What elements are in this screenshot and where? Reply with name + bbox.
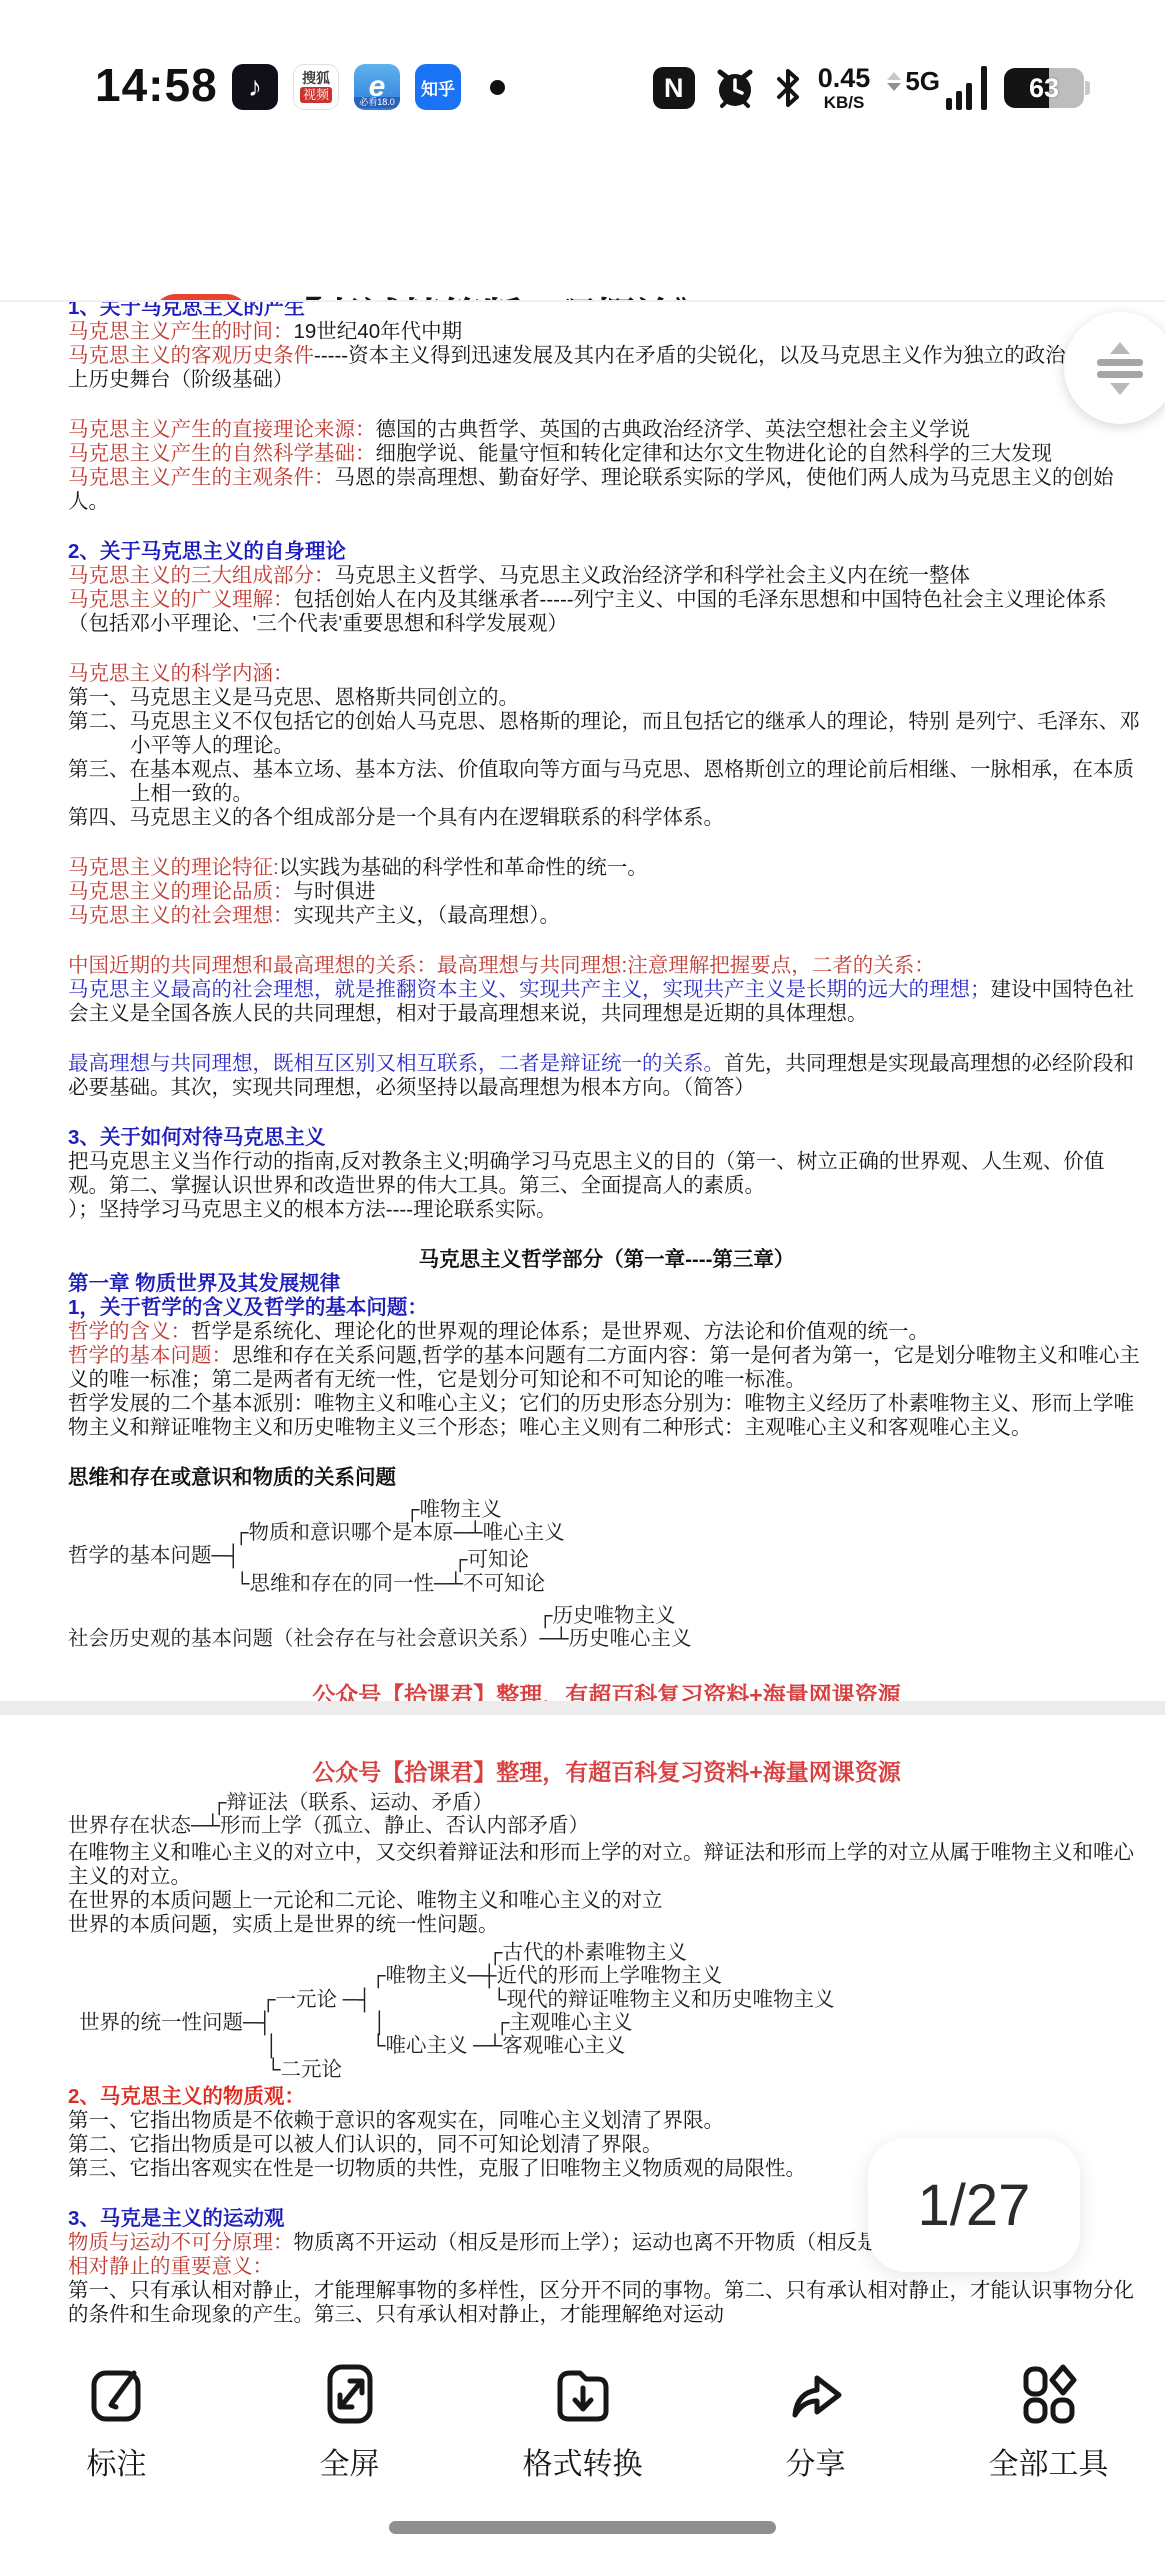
doc-line: 2、马克思主义的物质观： — [68, 2085, 1145, 2109]
tree-node-label: ┌古代的朴素唯物主义 — [488, 1941, 687, 1964]
tree-node-label: ┌唯物主义 — [405, 1498, 502, 1521]
doc-line: 马克思主义产生的直接理论来源：德国的古典哲学、英国的古典政治经济学、英法空想社会… — [68, 418, 1145, 442]
fast-scroll-handle[interactable] — [1064, 312, 1165, 424]
tree-node-label: └唯心主义 ─┴客观唯心主义 — [371, 2034, 625, 2057]
page1-paragraphs: 1、关于马克思主义的产生马克思主义产生的时间：19世纪40年代中期马克思主义的客… — [68, 302, 1145, 1490]
world-state-tree: ┌辩证法（联系、运动、矛盾）世界存在状态─┴形而上学（孤立、静止、否认内部矛盾） — [68, 1791, 1145, 1841]
fullscreen-icon — [317, 2361, 383, 2427]
tree-node-label: 世界的统一性问题─┤ — [79, 2011, 272, 2034]
signal-bars-icon — [946, 66, 987, 110]
doc-line: 马克思主义产生的自然科学基础：细胞学说、能量守恒和转化定律和达尔文生物进化论的自… — [68, 442, 1145, 466]
doc-line: 马克思主义哲学部分（第一章----第三章） — [68, 1248, 1145, 1272]
doc-line: 马克思主义产生的主观条件：马恩的崇高理想、勤奋好学、理论联系实际的学风，使他们两… — [68, 466, 1145, 514]
sohu-video-app-icon: 搜狐 视频 — [293, 64, 339, 110]
doc-line: 在唯物主义和唯心主义的对立中，又交织着辩证法和形而上学的对立。辩证法和形而上学的… — [68, 1841, 1145, 1889]
doc-line: 第四、马克思主义的各个组成部分是一个具有内在逻辑联系的科学体系。 — [68, 806, 1145, 830]
nfc-icon: N — [653, 67, 695, 109]
status-right-cluster: N 0.45 KB/S 5G 63 — [653, 60, 1084, 116]
video-label: 视频 — [300, 87, 332, 103]
toolbar-label: 标注 — [87, 2439, 147, 2483]
lead-text: 马克思主义产生的主观条件： — [68, 466, 335, 489]
doc-line: 中国近期的共同理想和最高理想的关系：最高理想与共同理想:注意理解把握要点，二者的… — [68, 954, 1145, 978]
music-note-icon: ♪ — [248, 71, 262, 103]
network-indicator: 5G — [887, 66, 987, 110]
doc-line: ）；坚持学习马克思主义的根本方法----理论联系实际。 — [68, 1198, 1145, 1222]
share-arrow-icon — [783, 2361, 849, 2427]
lead-text: 马克思主义产生的自然科学基础： — [68, 442, 376, 465]
doc-line: 马克思主义的客观历史条件-----资本主义得到迅速发展及其内在矛盾的尖锐化，以及… — [68, 344, 1145, 392]
lead-text: 马克思主义最高的社会理想，就是推翻资本主义、实现共产主义，实现共产主义是长期的远… — [68, 978, 991, 1001]
tree-node-label: ┌辩证法（联系、运动、矛盾） — [212, 1791, 493, 1814]
world-unity-tree: ┌古代的朴素唯物主义┌唯物主义─┼近代的形而上学唯物主义┌一元论 ─┤└现代的辩… — [68, 1941, 1145, 2085]
lead-text: 最高理想与共同理想，既相互区别又相互联系，二者是辩证统一的关系。 — [68, 1052, 724, 1075]
lead-text: 马克思主义的三大组成部分： — [68, 564, 335, 587]
doc-line: 第一、只有承认相对静止，才能理解事物的多样性，区分开不同的事物。第二、只有承认相… — [68, 2279, 1145, 2327]
page-indicator-text: 1/27 — [918, 2172, 1031, 2239]
header: 【考试精简版...理概论》.pdf 添加标签 2 — [0, 130, 1165, 300]
page2-paragraphs-a: 在唯物主义和唯心主义的对立中，又交织着辩证法和形而上学的对立。辩证法和形而上学的… — [68, 1841, 1145, 1937]
doc-line: 最高理想与共同理想，既相互区别又相互联系，二者是辩证统一的关系。首先，共同理想是… — [68, 1052, 1145, 1100]
toolbar-label: 全部工具 — [989, 2439, 1109, 2483]
doc-line: 哲学的基本问题：思维和存在关系问题,哲学的基本问题有二方面内容：第一是何者为第一… — [68, 1344, 1145, 1392]
doc-line: 马克思主义的理论品质：与时俱进 — [68, 880, 1145, 904]
annotate-pencil-icon — [84, 2361, 150, 2427]
doc-line: 哲学的含义：哲学是系统化、理论化的世界观的理论体系；是世界观、方法论和价值观的统… — [68, 1320, 1145, 1344]
philosophy-basic-question-tree: ┌唯物主义┌物质和意识哪个是本原─┴唯心主义哲学的基本问题─┤┌可知论└思维和存… — [68, 1498, 1145, 1656]
tree-node-label: 哲学的基本问题─┤ — [68, 1544, 241, 1567]
page-separator — [0, 1701, 1165, 1715]
network-speed: 0.45 KB/S — [818, 65, 871, 111]
doc-line: 思维和存在或意识和物质的关系问题 — [68, 1466, 1145, 1490]
scroll-up-arrow-icon — [1110, 342, 1130, 354]
doc-line: 3、关于如何对待马克思主义 — [68, 1126, 1145, 1150]
e-browser-app-icon: e必看18.0 — [354, 64, 400, 110]
battery-icon: 63 — [1004, 68, 1084, 108]
zhihu-app-icon: 知乎 — [415, 64, 461, 110]
convert-download-icon — [550, 2361, 616, 2427]
doc-line: 第二、马克思主义不仅包括它的创始人马克思、恩格斯的理论，而且包括它的继承人的理论… — [68, 710, 1145, 758]
tree-node-label: ┌历史唯物主义 — [538, 1604, 676, 1627]
doc-line: 第一章 物质世界及其发展规律 — [68, 1272, 1145, 1296]
tree-node-label: ┌一元论 ─┤ — [261, 1988, 372, 2011]
scroll-grip-bar — [1097, 359, 1143, 366]
speed-value: 0.45 — [818, 65, 871, 92]
page-indicator-badge: 1/27 — [868, 2138, 1080, 2272]
zhihu-label: 知乎 — [421, 75, 455, 100]
tree-node-label: 世界存在状态─┴形而上学（孤立、静止、否认内部矛盾） — [68, 1814, 589, 1837]
doc-line: 马克思主义产生的时间：19世纪40年代中期 — [68, 320, 1145, 344]
doc-line: 马克思主义的理论特征:以实践为基础的科学性和革命性的统一。 — [68, 856, 1145, 880]
lead-text: 哲学的含义： — [68, 1320, 191, 1343]
doc-line: 世界的本质问题，实质上是世界的统一性问题。 — [68, 1913, 1145, 1937]
tree-node-label: ┌主观唯心主义 — [495, 2011, 633, 2034]
alarm-clock-icon — [712, 65, 758, 111]
tree-node-label: └二元论 — [266, 2058, 342, 2081]
doc-line: 马克思主义的广义理解：包括创始人在内及其继承者-----列宁主义、中国的毛泽东思… — [68, 588, 1145, 636]
toolbar-label: 格式转换 — [523, 2439, 643, 2483]
e-band-label: 必看18.0 — [354, 97, 400, 108]
lead-text: 物质与运动不可分原理： — [68, 2231, 294, 2254]
doc-line: 把马克思主义当作行动的指南,反对教条主义;明确学习马克思主义的目的（第一、树立正… — [68, 1150, 1145, 1198]
pdf-page-1: 1、关于马克思主义的产生马克思主义产生的时间：19世纪40年代中期马克思主义的客… — [0, 302, 1165, 1701]
promo-banner: 公众号【拾课君】整理，有超百科复习资料+海量网课资源 — [68, 1680, 1145, 1701]
lead-text: 马克思主义的客观历史条件 — [68, 344, 314, 367]
douyin-app-icon: ♪ — [232, 64, 278, 110]
doc-line: 2、关于马克思主义的自身理论 — [68, 540, 1145, 564]
lead-text: 马克思主义的广义理解： — [68, 588, 294, 611]
notification-app-icons: ♪ 搜狐 视频 e必看18.0 知乎 — [232, 64, 505, 110]
doc-line: 第一、它指出物质是不依赖于意识的客观实在，同唯心主义划清了界限。 — [68, 2109, 1145, 2133]
all-tools-button[interactable]: 全部工具 — [932, 2345, 1165, 2560]
doc-line: 1，关于哲学的含义及哲学的基本问题： — [68, 1296, 1145, 1320]
all-tools-grid-icon — [1016, 2361, 1082, 2427]
lead-text: 马克思主义产生的直接理论来源： — [68, 418, 376, 441]
scroll-down-arrow-icon — [1110, 383, 1130, 395]
home-indicator[interactable] — [389, 2521, 776, 2534]
doc-line: 第三、在基本观点、基本立场、基本方法、价值取向等方面与马克思、恩格斯创立的理论前… — [68, 758, 1145, 806]
lead-text: 马克思主义的理论特征: — [68, 856, 279, 879]
doc-line: 马克思主义最高的社会理想，就是推翻资本主义、实现共产主义，实现共产主义是长期的远… — [68, 978, 1145, 1026]
tree-node-label: ┌可知论 — [453, 1548, 529, 1571]
data-arrows-icon — [887, 72, 901, 91]
tree-node-label: │ — [266, 2034, 279, 2057]
promo-banner: 公众号【拾课君】整理，有超百科复习资料+海量网课资源 — [68, 1757, 1145, 1787]
scroll-grip-bar — [1097, 371, 1143, 378]
network-type-label: 5G — [905, 68, 940, 94]
doc-line: 马克思主义的三大组成部分：马克思主义哲学、马克思主义政治经济学和科学社会主义内在… — [68, 564, 1145, 588]
sohu-label: 搜狐 — [302, 71, 330, 86]
toolbar-label: 分享 — [786, 2439, 846, 2483]
lead-text: 哲学的基本问题： — [68, 1344, 232, 1367]
lead-text: 马克思主义的科学内涵： — [68, 662, 294, 685]
lead-text: 马克思主义产生的时间： — [68, 320, 294, 343]
tree-node-label: ┌唯物主义─┼近代的形而上学唯物主义 — [371, 1964, 722, 1987]
tree-node-label: │ — [374, 2011, 387, 2034]
clock-time: 14:58 — [95, 58, 218, 112]
tree-node-label: └现代的辩证唯物主义和历史唯物主义 — [492, 1988, 835, 2011]
bluetooth-icon — [775, 67, 801, 109]
notification-dot-icon — [490, 80, 505, 95]
toolbar-label: 全屏 — [320, 2439, 380, 2483]
annotate-button[interactable]: 标注 — [0, 2345, 233, 2560]
doc-line: 1、关于马克思主义的产生 — [68, 302, 1145, 320]
tree-node-label: ┌物质和意识哪个是本原─┴唯心主义 — [234, 1521, 565, 1544]
nfc-letter: N — [664, 73, 684, 104]
status-bar: 14:58 ♪ 搜狐 视频 e必看18.0 知乎 N 0.45 KB/S — [0, 0, 1165, 130]
doc-line: 马克思主义的科学内涵： — [68, 662, 1145, 686]
doc-line: 马克思主义的社会理想：实现共产主义，（最高理想）。 — [68, 904, 1145, 928]
pdf-document-area[interactable]: 1、关于马克思主义的产生马克思主义产生的时间：19世纪40年代中期马克思主义的客… — [0, 300, 1165, 2345]
speed-unit: KB/S — [824, 94, 865, 111]
doc-line: 哲学发展的二个基本派别：唯物主义和唯心主义；它们的历史形态分别为：唯物主义经历了… — [68, 1392, 1145, 1440]
doc-line: 第一、马克思主义是马克思、恩格斯共同创立的。 — [68, 686, 1145, 710]
tree-node-label: └思维和存在的同一性─┴不可知论 — [235, 1572, 545, 1595]
tree-node-label: 社会历史观的基本问题（社会存在与社会意识关系）─┴历史唯心主义 — [68, 1627, 692, 1650]
doc-line: 在世界的本质问题上一元论和二元论、唯物主义和唯心主义的对立 — [68, 1889, 1145, 1913]
lead-text: 马克思主义的理论品质： — [68, 880, 294, 903]
battery-percent: 63 — [1029, 73, 1059, 104]
lead-text: 马克思主义的社会理想： — [68, 904, 294, 927]
